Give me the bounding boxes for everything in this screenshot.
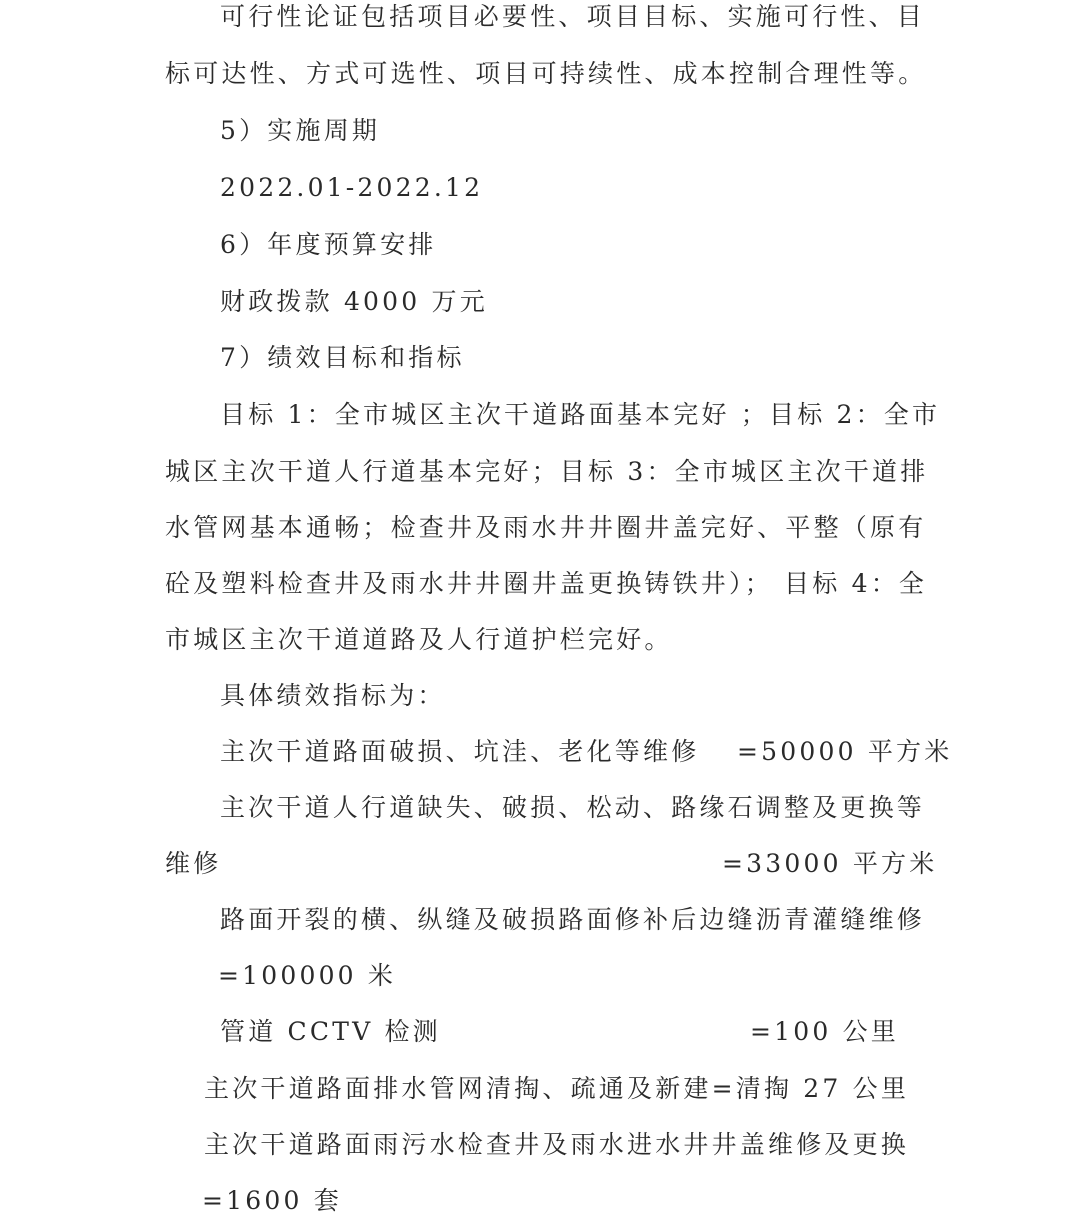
- text-line: 6）年度预算安排: [220, 230, 437, 260]
- text-line: 标可达性、方式可选性、项目可持续性、成本控制合理性等。: [165, 59, 926, 89]
- text-line: 维修: [165, 849, 221, 879]
- text-line: =33000 平方米: [722, 849, 937, 879]
- text-line: 可行性论证包括项目必要性、项目目标、实施可行性、目: [220, 2, 925, 32]
- text-line: 主次干道路面排水管网清掏、疏通及新建=清掏 27 公里: [204, 1074, 909, 1104]
- text-line: 5）实施周期: [220, 116, 380, 146]
- text-line: =100000 米: [218, 961, 396, 991]
- text-line: 主次干道路面雨污水检查井及雨水进水井井盖维修及更换: [204, 1130, 909, 1160]
- text-line: =1600 套: [202, 1186, 342, 1216]
- text-line: 城区主次干道人行道基本完好；目标 3：全市城区主次干道排: [165, 457, 928, 487]
- text-line: 水管网基本通畅；检查井及雨水井井圈井盖完好、平整（原有: [165, 513, 926, 543]
- text-line: 砼及塑料检查井及雨水井井圈井盖更换铸铁井）； 目标 4：全: [165, 569, 927, 599]
- text-line: =100 公里: [750, 1017, 899, 1047]
- text-line: 财政拨款 4000 万元: [220, 287, 488, 317]
- text-line: 主次干道人行道缺失、破损、松动、路缘石调整及更换等: [220, 793, 925, 823]
- text-line: 主次干道路面破损、坑洼、老化等维修: [220, 737, 699, 767]
- text-line: 7）绩效目标和指标: [220, 343, 465, 373]
- text-line: =50000 平方米: [737, 737, 952, 767]
- text-line: 目标 1：全市城区主次干道路面基本完好 ；目标 2：全市: [220, 400, 940, 430]
- text-line: 2022.01-2022.12: [220, 173, 483, 203]
- text-line: 市城区主次干道道路及人行道护栏完好。: [165, 625, 673, 655]
- text-line: 管道 CCTV 检测: [220, 1017, 441, 1047]
- text-line: 具体绩效指标为：: [220, 681, 446, 711]
- text-line: 路面开裂的横、纵缝及破损路面修补后边缝沥青灌缝维修: [220, 905, 925, 935]
